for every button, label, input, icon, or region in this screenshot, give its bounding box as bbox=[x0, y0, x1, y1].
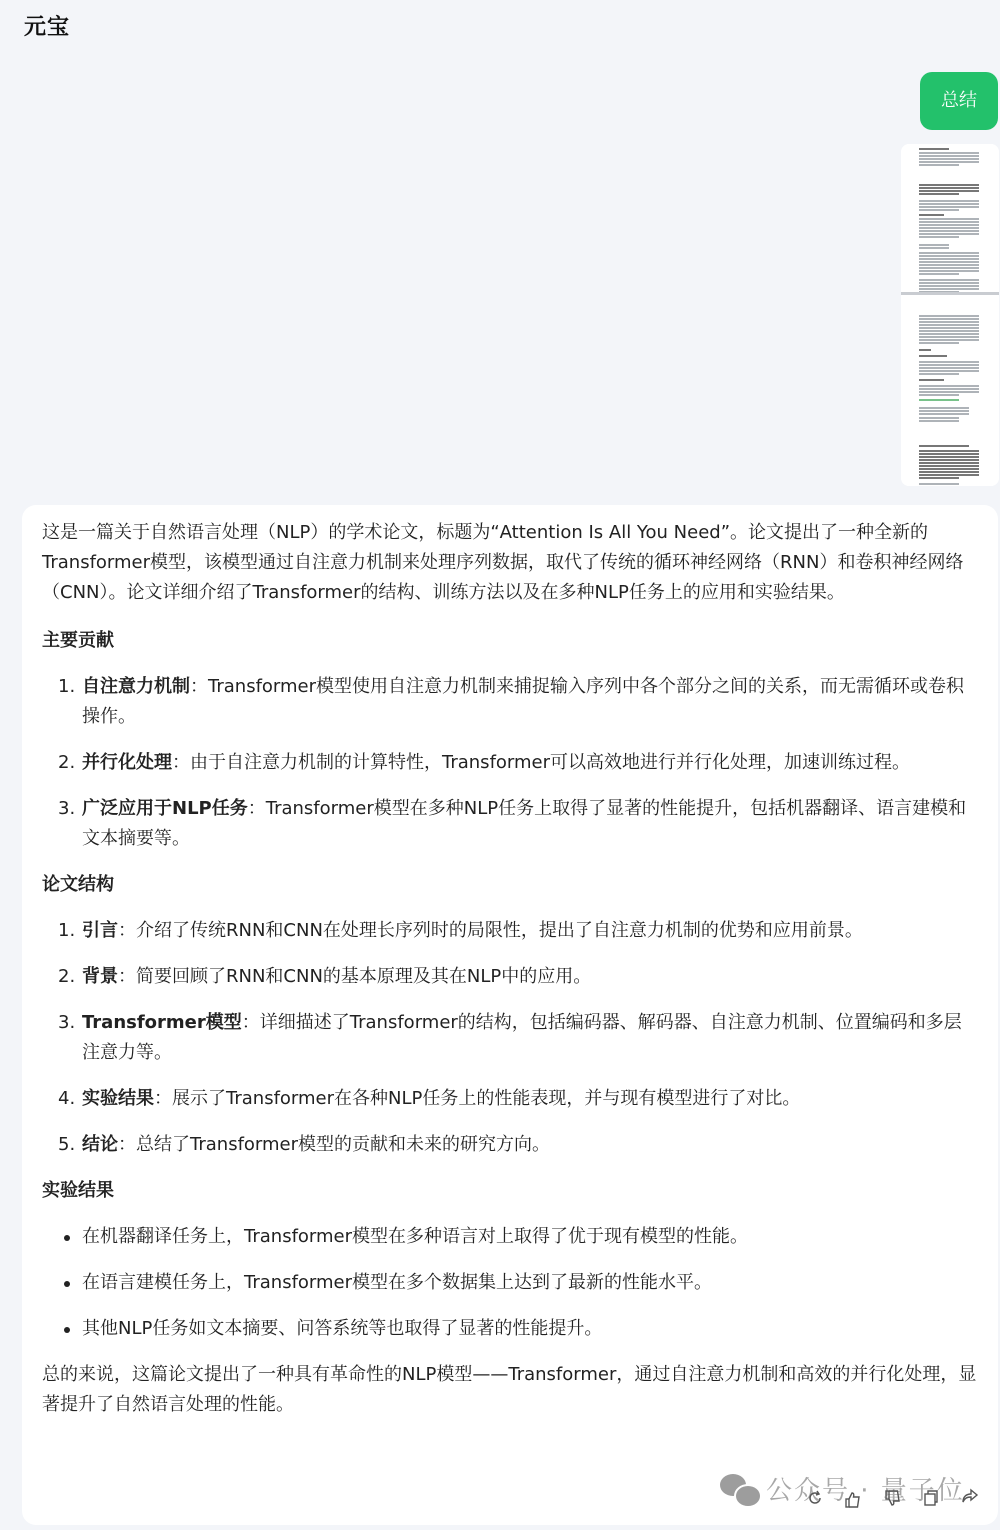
item-label: 广泛应用于NLP任务 bbox=[82, 798, 248, 819]
item-label: 实验结果 bbox=[82, 1088, 154, 1109]
bullet-icon bbox=[64, 1327, 70, 1333]
item-text: ：由于自注意力机制的计算特性，Transformer可以高效地进行并行化处理，加… bbox=[172, 752, 910, 773]
list-item: 3.广泛应用于NLP任务：Transformer模型在多种NLP任务上取得了显著… bbox=[42, 794, 977, 854]
results-list: 在机器翻译任务上，Transformer模型在多种语言对上取得了优于现有模型的性… bbox=[42, 1222, 977, 1344]
item-text: ：简要回顾了RNN和CNN的基本原理及其在NLP中的应用。 bbox=[118, 966, 591, 987]
refresh-icon[interactable] bbox=[805, 1488, 825, 1508]
app-title: 元宝 bbox=[24, 10, 70, 41]
item-text: ：总结了Transformer模型的贡献和未来的研究方向。 bbox=[118, 1134, 550, 1155]
section-heading-contributions: 主要贡献 bbox=[42, 626, 977, 656]
section-heading-structure: 论文结构 bbox=[42, 870, 977, 900]
list-marker: 1. bbox=[58, 672, 80, 702]
share-icon[interactable] bbox=[960, 1486, 980, 1506]
list-marker: 2. bbox=[58, 748, 80, 778]
thumbs-up-icon[interactable] bbox=[843, 1490, 863, 1510]
document-page-2 bbox=[901, 295, 999, 486]
bullet-icon bbox=[64, 1281, 70, 1287]
list-item: 其他NLP任务如文本摘要、问答系统等也取得了显著的性能提升。 bbox=[42, 1314, 977, 1344]
wechat-icon bbox=[720, 1472, 760, 1506]
list-item: 2.并行化处理：由于自注意力机制的计算特性，Transformer可以高效地进行… bbox=[42, 748, 977, 778]
item-text: 其他NLP任务如文本摘要、问答系统等也取得了显著的性能提升。 bbox=[82, 1318, 602, 1339]
assistant-reply: 这是一篇关于自然语言处理（NLP）的学术论文，标题为“Attention Is … bbox=[42, 518, 977, 1420]
list-item: 3.Transformer模型：详细描述了Transformer的结构，包括编码… bbox=[42, 1008, 977, 1068]
document-page-1 bbox=[901, 144, 999, 292]
item-text: 在机器翻译任务上，Transformer模型在多种语言对上取得了优于现有模型的性… bbox=[82, 1226, 748, 1247]
copy-icon[interactable] bbox=[921, 1488, 941, 1508]
list-item: 在机器翻译任务上，Transformer模型在多种语言对上取得了优于现有模型的性… bbox=[42, 1222, 977, 1252]
list-marker: 4. bbox=[58, 1084, 80, 1114]
item-label: 并行化处理 bbox=[82, 752, 172, 773]
reply-outro: 总的来说，这篇论文提出了一种具有革命性的NLP模型——Transformer，通… bbox=[42, 1360, 977, 1420]
item-label: 自注意力机制 bbox=[82, 676, 190, 697]
user-message-bubble: 总结 bbox=[920, 72, 998, 130]
document-attachment-preview[interactable] bbox=[901, 144, 999, 486]
list-item: 5.结论：总结了Transformer模型的贡献和未来的研究方向。 bbox=[42, 1130, 977, 1160]
item-label: Transformer模型 bbox=[82, 1012, 242, 1033]
item-label: 背景 bbox=[82, 966, 118, 987]
item-text: ：Transformer模型使用自注意力机制来捕捉输入序列中各个部分之间的关系，… bbox=[82, 676, 964, 727]
bullet-icon bbox=[64, 1235, 70, 1241]
thumbs-down-icon[interactable] bbox=[883, 1488, 903, 1508]
list-item: 4.实验结果：展示了Transformer在各种NLP任务上的性能表现，并与现有… bbox=[42, 1084, 977, 1114]
item-label: 引言 bbox=[82, 920, 118, 941]
list-item: 1.引言：介绍了传统RNN和CNN在处理长序列时的局限性，提出了自注意力机制的优… bbox=[42, 916, 977, 946]
item-label: 结论 bbox=[82, 1134, 118, 1155]
list-marker: 1. bbox=[58, 916, 80, 946]
reply-intro: 这是一篇关于自然语言处理（NLP）的学术论文，标题为“Attention Is … bbox=[42, 518, 977, 608]
list-item: 在语言建模任务上，Transformer模型在多个数据集上达到了最新的性能水平。 bbox=[42, 1268, 977, 1298]
list-marker: 2. bbox=[58, 962, 80, 992]
structure-list: 1.引言：介绍了传统RNN和CNN在处理长序列时的局限性，提出了自注意力机制的优… bbox=[42, 916, 977, 1160]
list-marker: 5. bbox=[58, 1130, 80, 1160]
item-text: ：展示了Transformer在各种NLP任务上的性能表现，并与现有模型进行了对… bbox=[154, 1088, 800, 1109]
item-text: ：介绍了传统RNN和CNN在处理长序列时的局限性，提出了自注意力机制的优势和应用… bbox=[118, 920, 863, 941]
contributions-list: 1.自注意力机制：Transformer模型使用自注意力机制来捕捉输入序列中各个… bbox=[42, 672, 977, 854]
list-item: 1.自注意力机制：Transformer模型使用自注意力机制来捕捉输入序列中各个… bbox=[42, 672, 977, 732]
item-text: 在语言建模任务上，Transformer模型在多个数据集上达到了最新的性能水平。 bbox=[82, 1272, 712, 1293]
section-heading-results: 实验结果 bbox=[42, 1176, 977, 1206]
list-item: 2.背景：简要回顾了RNN和CNN的基本原理及其在NLP中的应用。 bbox=[42, 962, 977, 992]
list-marker: 3. bbox=[58, 1008, 80, 1038]
list-marker: 3. bbox=[58, 794, 80, 824]
